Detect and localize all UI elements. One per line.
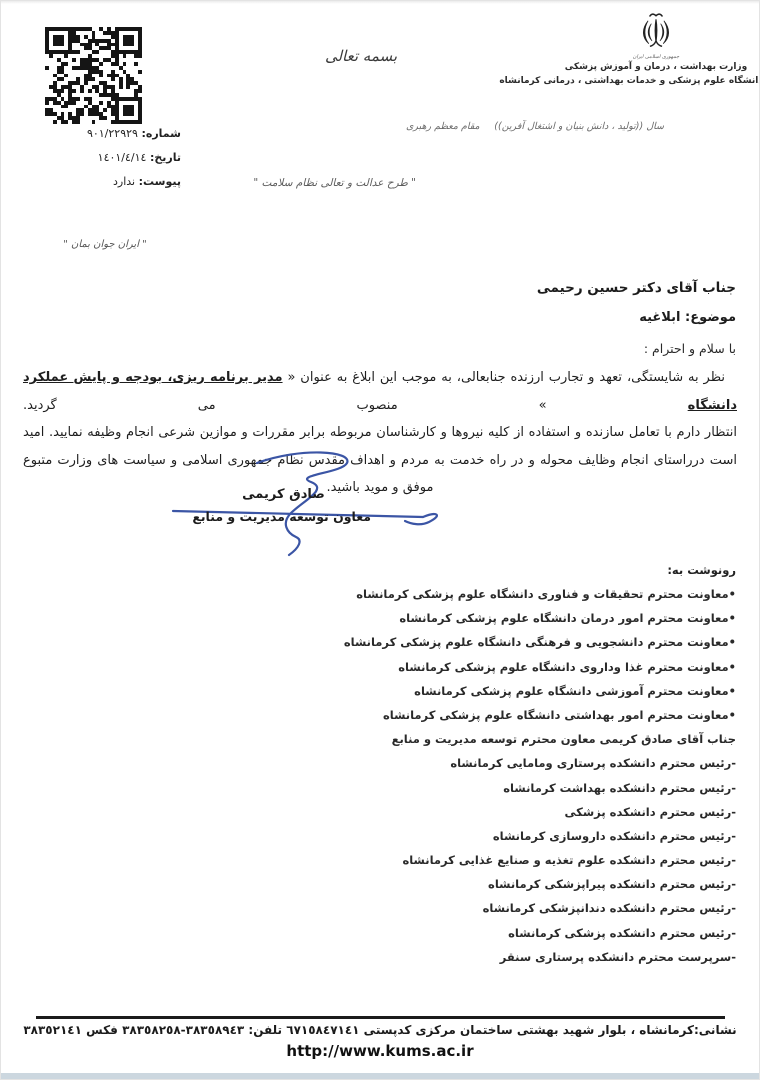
university-name: دانشگاه علوم پزشکی و خدمات بهداشتی ، درم…: [549, 74, 760, 88]
body-before-title: نظر به شایستگی، تعهد و تجارب ارزنده جناب…: [283, 370, 725, 385]
letter-date-row: تاریخ: ١٤٠١/٤/١٤: [39, 151, 181, 164]
signer-name: صادق کریمی: [196, 487, 371, 502]
cc-list-item: •معاونت محترم امور درمان دانشگاه علوم پز…: [344, 606, 736, 630]
health-plan-motto: " طرح عدالت و تعالی نظام سلامت ": [294, 177, 416, 189]
letter-attachment-label: پیوست:: [139, 175, 181, 188]
cc-list-item: -رئیس محترم دانشکده پزشکی کرمانشاه: [344, 921, 736, 945]
cc-heading: رونوشت به:: [667, 563, 736, 577]
iran-young-motto: " ایران جوان بمان ": [63, 239, 147, 250]
letterhead-ministry-block: جمهوری اسلامی ایران وزارت بهداشت ، درمان…: [549, 9, 760, 88]
letter-date-label: تاریخ:: [150, 151, 181, 164]
cc-list-item: -رئیس محترم دانشکده داروسازی کرمانشاه: [344, 824, 736, 848]
recipient-name: جناب آقای دکتر حسین رحیمی: [537, 280, 736, 296]
letter-attachment-row: پیوست: ندارد: [39, 175, 181, 188]
scanned-letter-page: جمهوری اسلامی ایران وزارت بهداشت ، درمان…: [0, 0, 760, 1080]
cc-list-item: •معاونت محترم امور بهداشتی دانشگاه علوم …: [344, 703, 736, 727]
cc-list-item: -رئیس محترم دانشکده علوم تغذیه و صنایع غ…: [344, 848, 736, 872]
letter-number-value: ٩٠١/٢٢٩٢٩: [87, 127, 138, 140]
subject-label: موضوع:: [685, 310, 736, 325]
cc-list-item: •معاونت محترم دانشجویی و فرهنگی دانشگاه …: [344, 630, 736, 654]
letter-number-row: شماره: ٩٠١/٢٢٩٢٩: [39, 127, 181, 140]
signer-title: معاون توسعه مدیریت و منابع: [196, 509, 371, 524]
letter-body-first-line: نظر به شایستگی، تعهد و تجارب ارزنده جناب…: [23, 364, 737, 419]
signature-block: صادق کریمی معاون توسعه مدیریت و منابع: [196, 456, 371, 524]
subject-line: موضوع: ابلاغیه: [639, 310, 736, 325]
footer-rule: [36, 1016, 725, 1019]
year-slogan-line: سال ((تولید ، دانش بنیان و اشتغال آفرین)…: [406, 121, 664, 132]
cc-list-item: •معاونت محترم غذا وداروی دانشگاه علوم پز…: [344, 655, 736, 679]
qr-code: [45, 27, 142, 124]
letter-number-label: شماره:: [141, 127, 181, 140]
besmeleh-calligraphy: بسمه تعالی: [296, 47, 426, 65]
cc-list-item: -رئیس محترم دانشکده پزشکی: [344, 800, 736, 824]
letter-meta-block: شماره: ٩٠١/٢٢٩٢٩ تاریخ: ١٤٠١/٤/١٤ پیوست:…: [39, 127, 181, 199]
cc-list-item: •معاونت محترم تحقیقات و فناوری دانشگاه ع…: [344, 582, 736, 606]
letter-attachment-value: ندارد: [113, 175, 135, 188]
body-after-title: » منصوب می گردید.: [23, 398, 688, 413]
cc-list-item: -رئیس محترم دانشکده پیراپزشکی کرمانشاه: [344, 872, 736, 896]
cc-list-item: -رئیس محترم دانشکده بهداشت کرمانشاه: [344, 776, 736, 800]
iran-emblem-icon: [633, 9, 679, 57]
subject-value: ابلاغیه: [639, 310, 680, 325]
letter-body: نظر به شایستگی، تعهد و تجارب ارزنده جناب…: [23, 364, 737, 502]
cc-list-item: -سرپرست محترم دانشکده پرستاری سنقر: [344, 945, 736, 969]
cc-list-item: جناب آقای صادق کریمی معاون محترم توسعه م…: [344, 727, 736, 751]
cc-list-item: -رئیس محترم دانشکده پرستاری ومامایی کرما…: [344, 751, 736, 775]
letter-date-value: ١٤٠١/٤/١٤: [98, 151, 147, 164]
ministry-name: وزارت بهداشت ، درمان و آموزش پزشکی: [549, 60, 760, 74]
slogan-attribution: مقام معظم رهبری: [406, 121, 480, 132]
cc-list-item: •معاونت محترم آموزشی دانشگاه علوم پزشکی …: [344, 679, 736, 703]
footer-address: نشانی:کرمانشاه ، بلوار شهید بهشتی ساختما…: [1, 1023, 759, 1037]
footer-website: http://www.kums.ac.ir: [1, 1042, 759, 1060]
salutation: با سلام و احترام :: [644, 341, 736, 356]
cc-list-item: -رئیس محترم دانشکده دندانپزشکی کرمانشاه: [344, 896, 736, 920]
year-slogan: سال ((تولید ، دانش بنیان و اشتغال آفرین)…: [494, 121, 664, 132]
scan-edge-bottom: [1, 1073, 759, 1079]
cc-list: •معاونت محترم تحقیقات و فناوری دانشگاه ع…: [344, 582, 736, 969]
letter-body-rest: انتظار دارم با تعامل سازنده و استفاده از…: [23, 419, 737, 502]
scan-edge-top: [1, 1, 759, 4]
